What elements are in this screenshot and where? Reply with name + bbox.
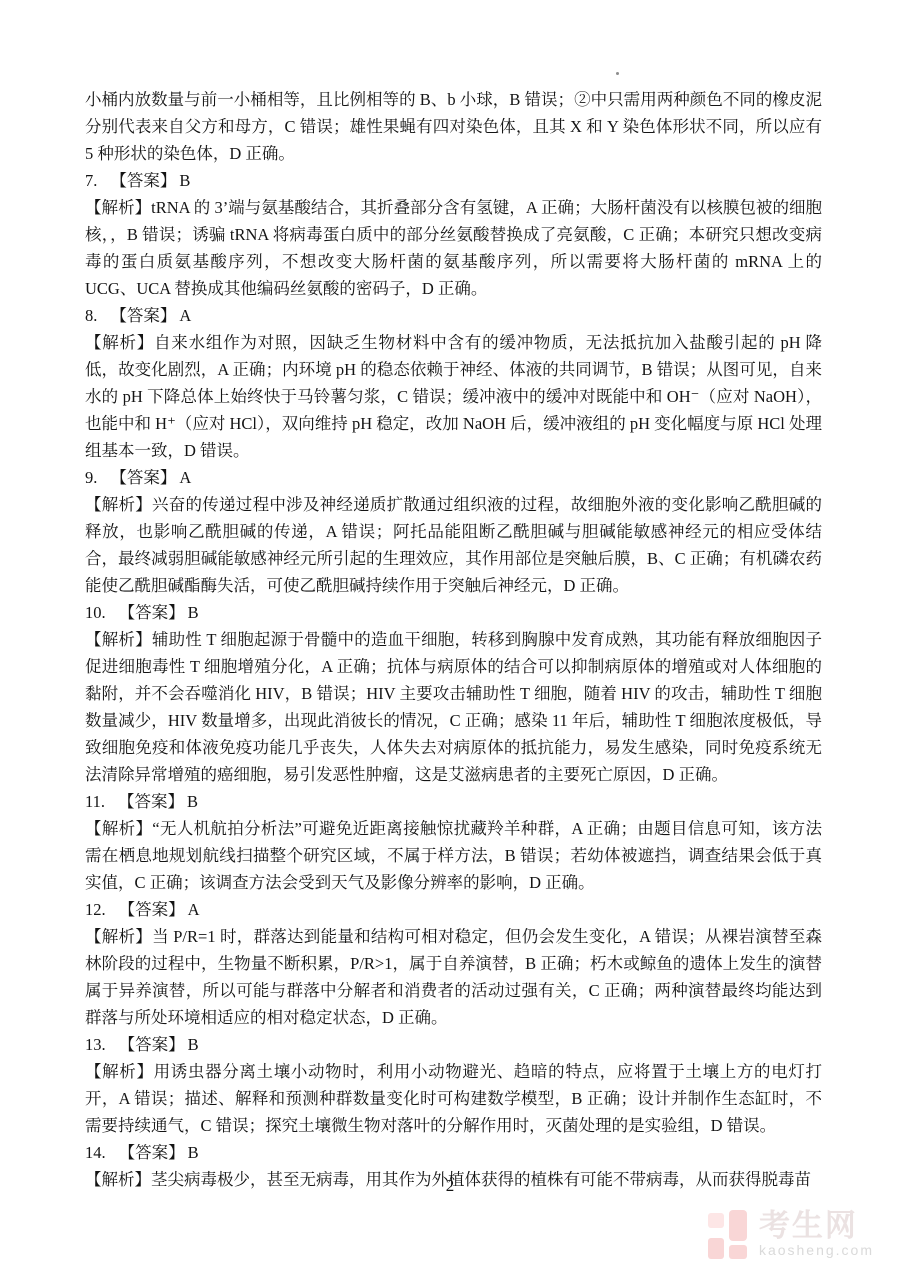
watermark-domain: kaosheng.com: [759, 1243, 874, 1258]
answer-value: B: [179, 171, 190, 190]
analysis-text: “无人机航拍分析法”可避免近距离接触惊扰藏羚羊种群，A 正确；由题目信息可知，该…: [85, 819, 822, 892]
kaosheng-logo-icon: [708, 1210, 748, 1259]
analysis-label: 【解析】: [85, 819, 152, 838]
analysis-paragraph-q8: 【解析】自来水组作为对照，因缺乏生物材料中含有的缓冲物质，无法抵抗加入盐酸引起的…: [85, 329, 822, 464]
answer-value: A: [188, 900, 200, 919]
answer-label: 【答案】: [119, 1143, 185, 1162]
analysis-text: 辅助性 T 细胞起源于骨髓中的造血干细胞，转移到胸腺中发育成熟，其功能有释放细胞…: [85, 630, 822, 784]
answer-label: 【答案】: [119, 1035, 185, 1054]
analysis-paragraph-q9: 【解析】兴奋的传递过程中涉及神经递质扩散通过组织液的过程，故细胞外液的变化影响乙…: [85, 491, 822, 599]
analysis-label: 【解析】: [85, 198, 151, 217]
question-number: 12.: [85, 896, 106, 923]
continuation-paragraph: 小桶内放数量与前一小桶相等，且比例相等的 B、b 小球，B 错误；②中只需用两种…: [85, 86, 822, 167]
answer-label: 【答案】: [118, 792, 184, 811]
answer-value: B: [187, 792, 198, 811]
page-number: 2: [0, 1176, 900, 1196]
answer-line-q10: 10.【答案】B: [85, 599, 822, 626]
answer-label: 【答案】: [110, 468, 176, 487]
stray-dot: [616, 72, 619, 75]
answer-line-q13: 13.【答案】B: [85, 1031, 822, 1058]
analysis-paragraph-q13: 【解析】用诱虫器分离土壤小动物时，利用小动物避光、趋暗的特点，应将置于土壤上方的…: [85, 1058, 822, 1139]
answer-key-content: 小桶内放数量与前一小桶相等，且比例相等的 B、b 小球，B 错误；②中只需用两种…: [85, 86, 822, 1193]
answer-line-q12: 12.【答案】A: [85, 896, 822, 923]
question-number: 9.: [85, 464, 97, 491]
analysis-label: 【解析】: [85, 495, 152, 514]
logo-block: [708, 1213, 724, 1228]
analysis-paragraph-q10: 【解析】辅助性 T 细胞起源于骨髓中的造血干细胞，转移到胸腺中发育成熟，其功能有…: [85, 626, 822, 788]
question-number: 7.: [85, 167, 97, 194]
logo-block: [729, 1210, 747, 1241]
analysis-label: 【解析】: [85, 630, 152, 649]
watermark-brand: 考生网: [759, 1210, 874, 1241]
analysis-label: 【解析】: [85, 927, 152, 946]
analysis-paragraph-q7: 【解析】tRNA 的 3’端与氨基酸结合，其折叠部分含有氢键，A 正确；大肠杆菌…: [85, 194, 822, 302]
answer-value: B: [188, 1143, 199, 1162]
analysis-text: 当 P/R=1 时，群落达到能量和结构可相对稳定，但仍会发生变化，A 错误；从裸…: [85, 927, 822, 1027]
answer-line-q11: 11.【答案】B: [85, 788, 822, 815]
analysis-paragraph-q11: 【解析】“无人机航拍分析法”可避免近距离接触惊扰藏羚羊种群，A 正确；由题目信息…: [85, 815, 822, 896]
watermark-text: 考生网 kaosheng.com: [759, 1210, 874, 1258]
answer-line-q8: 8.【答案】A: [85, 302, 822, 329]
question-number: 11.: [85, 788, 105, 815]
answer-label: 【答案】: [119, 900, 185, 919]
analysis-paragraph-q12: 【解析】当 P/R=1 时，群落达到能量和结构可相对稳定，但仍会发生变化，A 错…: [85, 923, 822, 1031]
analysis-text: tRNA 的 3’端与氨基酸结合，其折叠部分含有氢键，A 正确；大肠杆菌没有以核…: [85, 198, 822, 298]
logo-block: [708, 1238, 724, 1259]
question-number: 14.: [85, 1139, 106, 1166]
answer-line-q7: 7.【答案】B: [85, 167, 822, 194]
answer-label: 【答案】: [110, 171, 176, 190]
answer-line-q9: 9.【答案】A: [85, 464, 822, 491]
answer-label: 【答案】: [119, 603, 185, 622]
answer-label: 【答案】: [110, 306, 176, 325]
question-number: 13.: [85, 1031, 106, 1058]
analysis-text: 用诱虫器分离土壤小动物时，利用小动物避光、趋暗的特点，应将置于土壤上方的电灯打开…: [85, 1062, 822, 1135]
answer-line-q14: 14.【答案】B: [85, 1139, 822, 1166]
analysis-label: 【解析】: [85, 333, 154, 352]
watermark: 考生网 kaosheng.com: [708, 1210, 874, 1259]
answer-value: B: [188, 1035, 199, 1054]
analysis-text: 自来水组作为对照，因缺乏生物材料中含有的缓冲物质，无法抵抗加入盐酸引起的 pH …: [85, 333, 822, 460]
logo-block: [729, 1245, 747, 1259]
question-number: 8.: [85, 302, 97, 329]
analysis-label: 【解析】: [85, 1062, 154, 1081]
analysis-text: 兴奋的传递过程中涉及神经递质扩散通过组织液的过程，故细胞外液的变化影响乙酰胆碱的…: [85, 495, 822, 595]
question-number: 10.: [85, 599, 106, 626]
document-page: 小桶内放数量与前一小桶相等，且比例相等的 B、b 小球，B 错误；②中只需用两种…: [0, 0, 900, 1273]
answer-value: A: [179, 468, 191, 487]
answer-value: B: [188, 603, 199, 622]
answer-value: A: [179, 306, 191, 325]
